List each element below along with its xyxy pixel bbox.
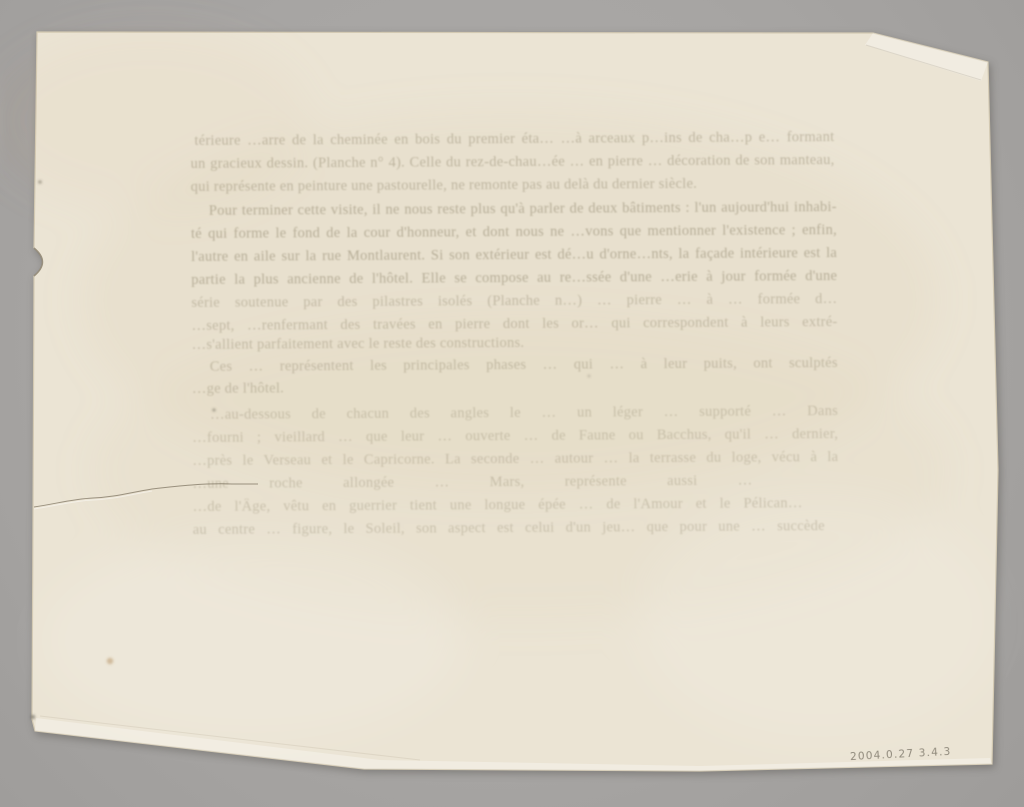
photo-backdrop: térieure …arre de la cheminée en bois du…	[0, 0, 1024, 807]
paper-sheet	[0, 0, 1024, 807]
